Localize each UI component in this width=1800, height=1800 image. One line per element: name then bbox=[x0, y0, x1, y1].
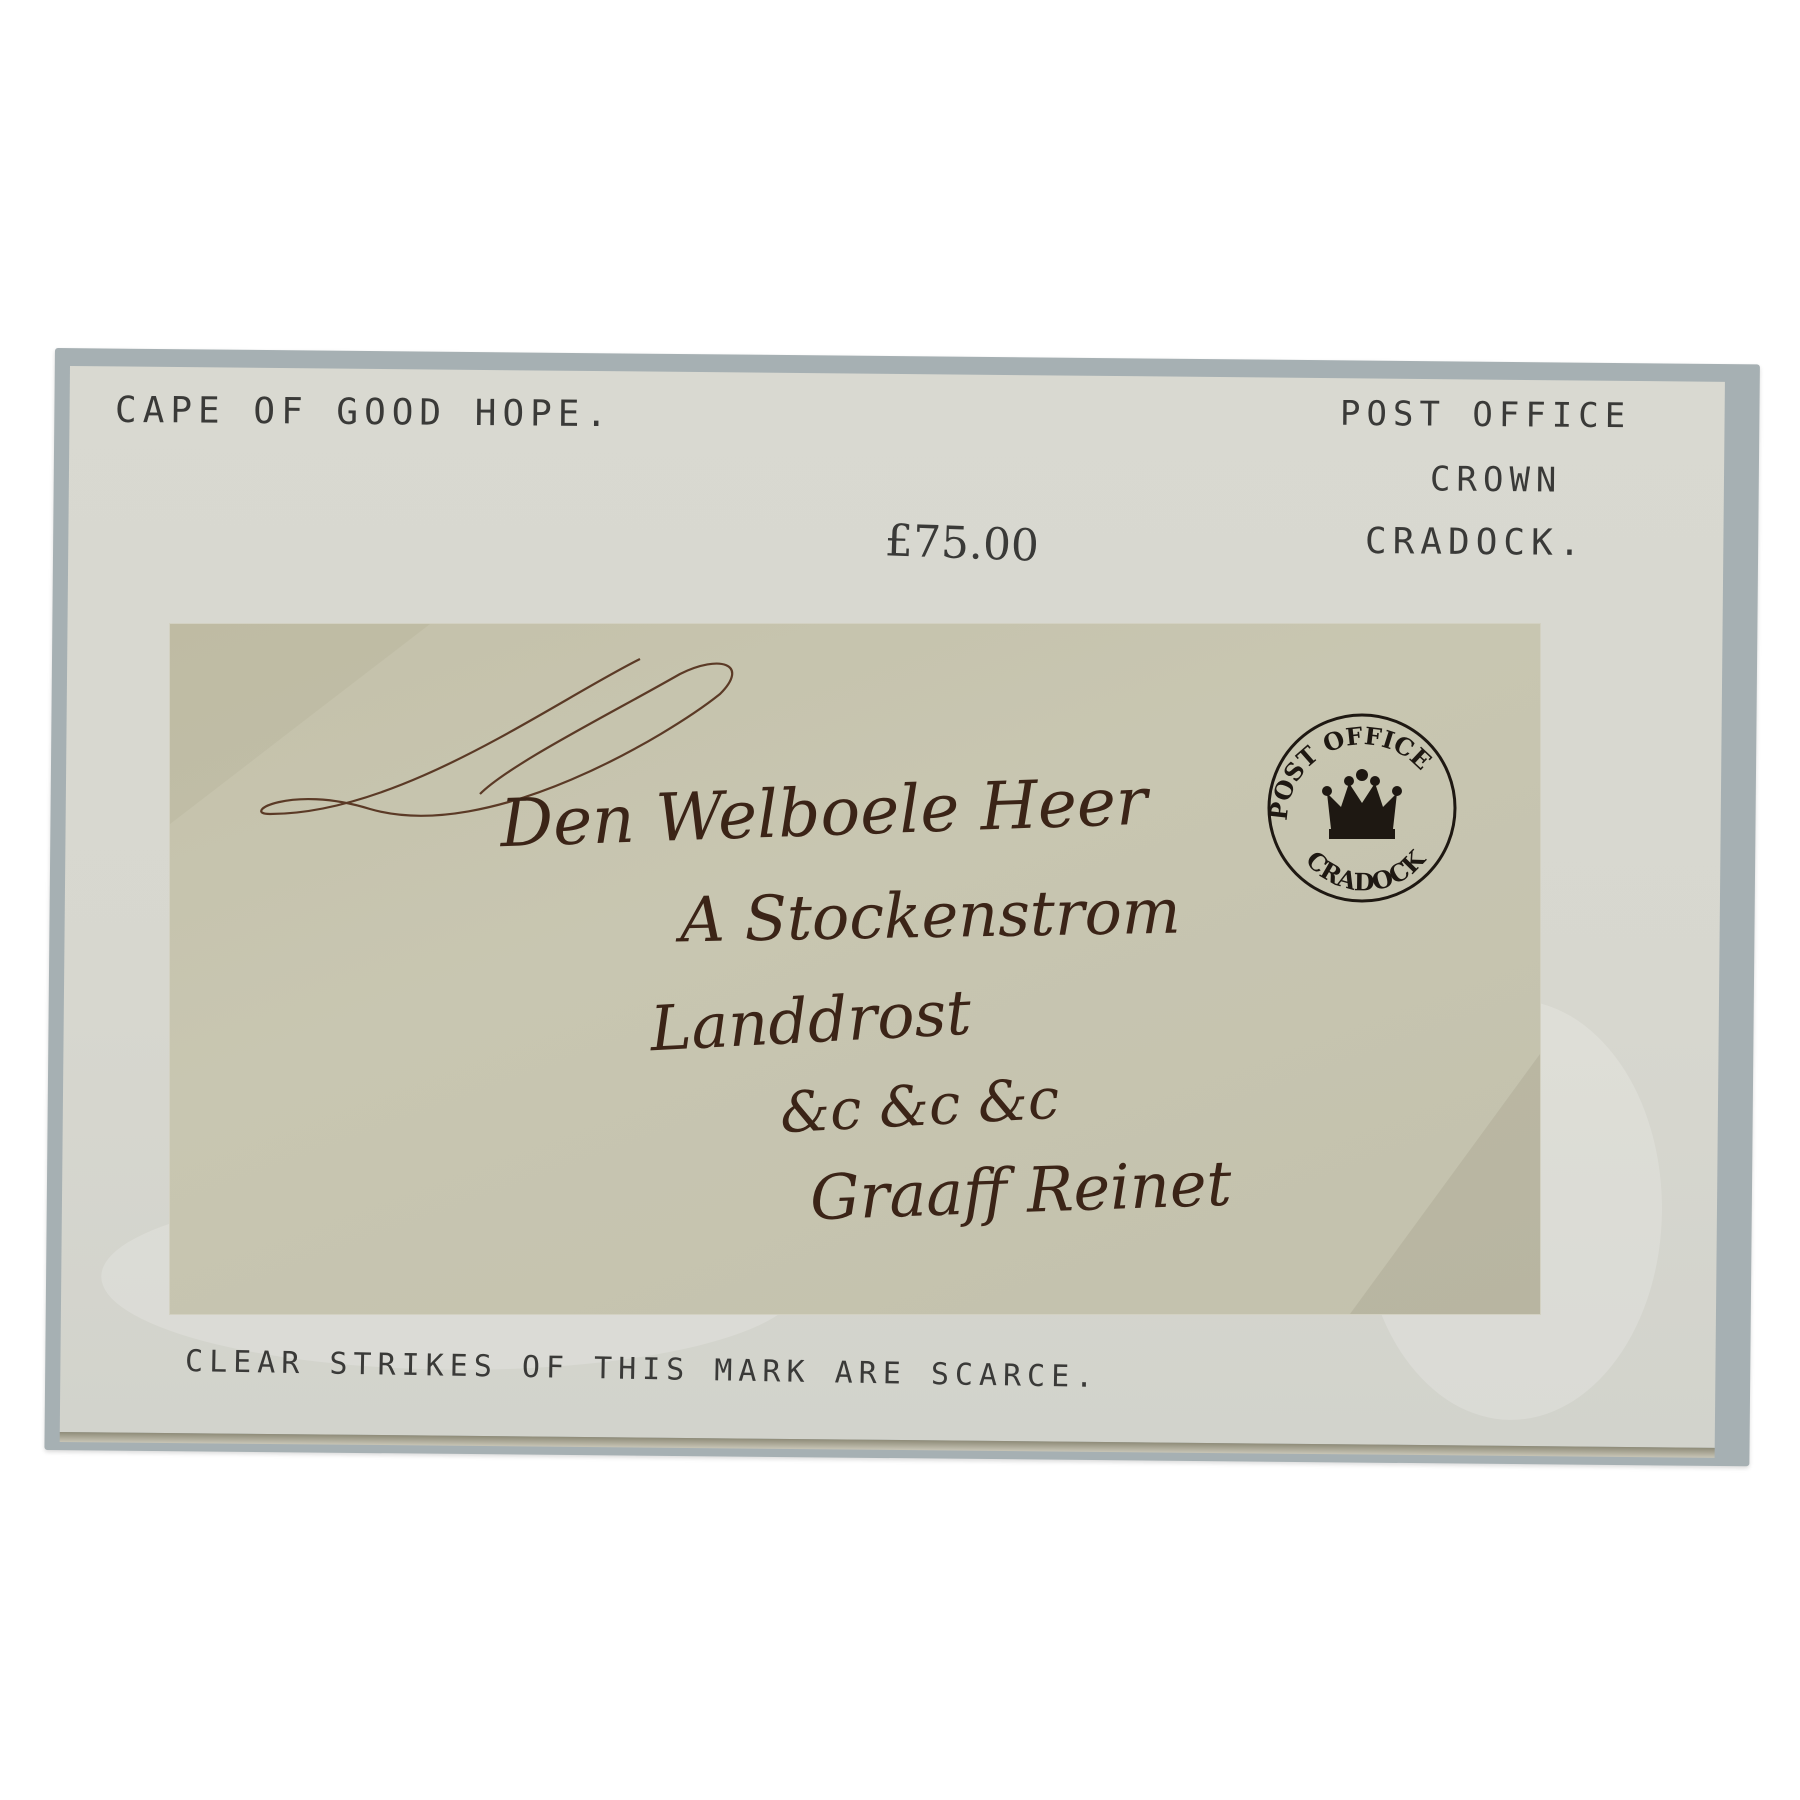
corner-mount bbox=[1350, 1054, 1540, 1314]
crown-icon bbox=[1322, 769, 1402, 839]
postmark-bottom-text: CRADOCK bbox=[1300, 843, 1431, 896]
address-line-3: Landdrost bbox=[648, 976, 973, 1066]
address-line-4: &c &c &c bbox=[778, 1067, 1060, 1147]
heading-right-line-1: POST OFFICE bbox=[1340, 394, 1632, 437]
heading-right-line-3: CRADOCK. bbox=[1365, 521, 1587, 564]
heading-right-line-2: CROWN bbox=[1430, 459, 1563, 500]
price-label: £75.00 bbox=[884, 515, 1040, 571]
address-line-5: Graaff Reinet bbox=[809, 1147, 1233, 1235]
svg-text:CRADOCK: CRADOCK bbox=[1300, 843, 1431, 896]
cover-envelope: POST OFFICE CRADOCK Den Welboele Heer A … bbox=[170, 624, 1540, 1314]
heading-left: CAPE OF GOOD HOPE. bbox=[115, 390, 613, 435]
crown-postmark: POST OFFICE CRADOCK bbox=[1265, 711, 1459, 905]
address-line-2: A Stockenstrom bbox=[679, 875, 1181, 957]
